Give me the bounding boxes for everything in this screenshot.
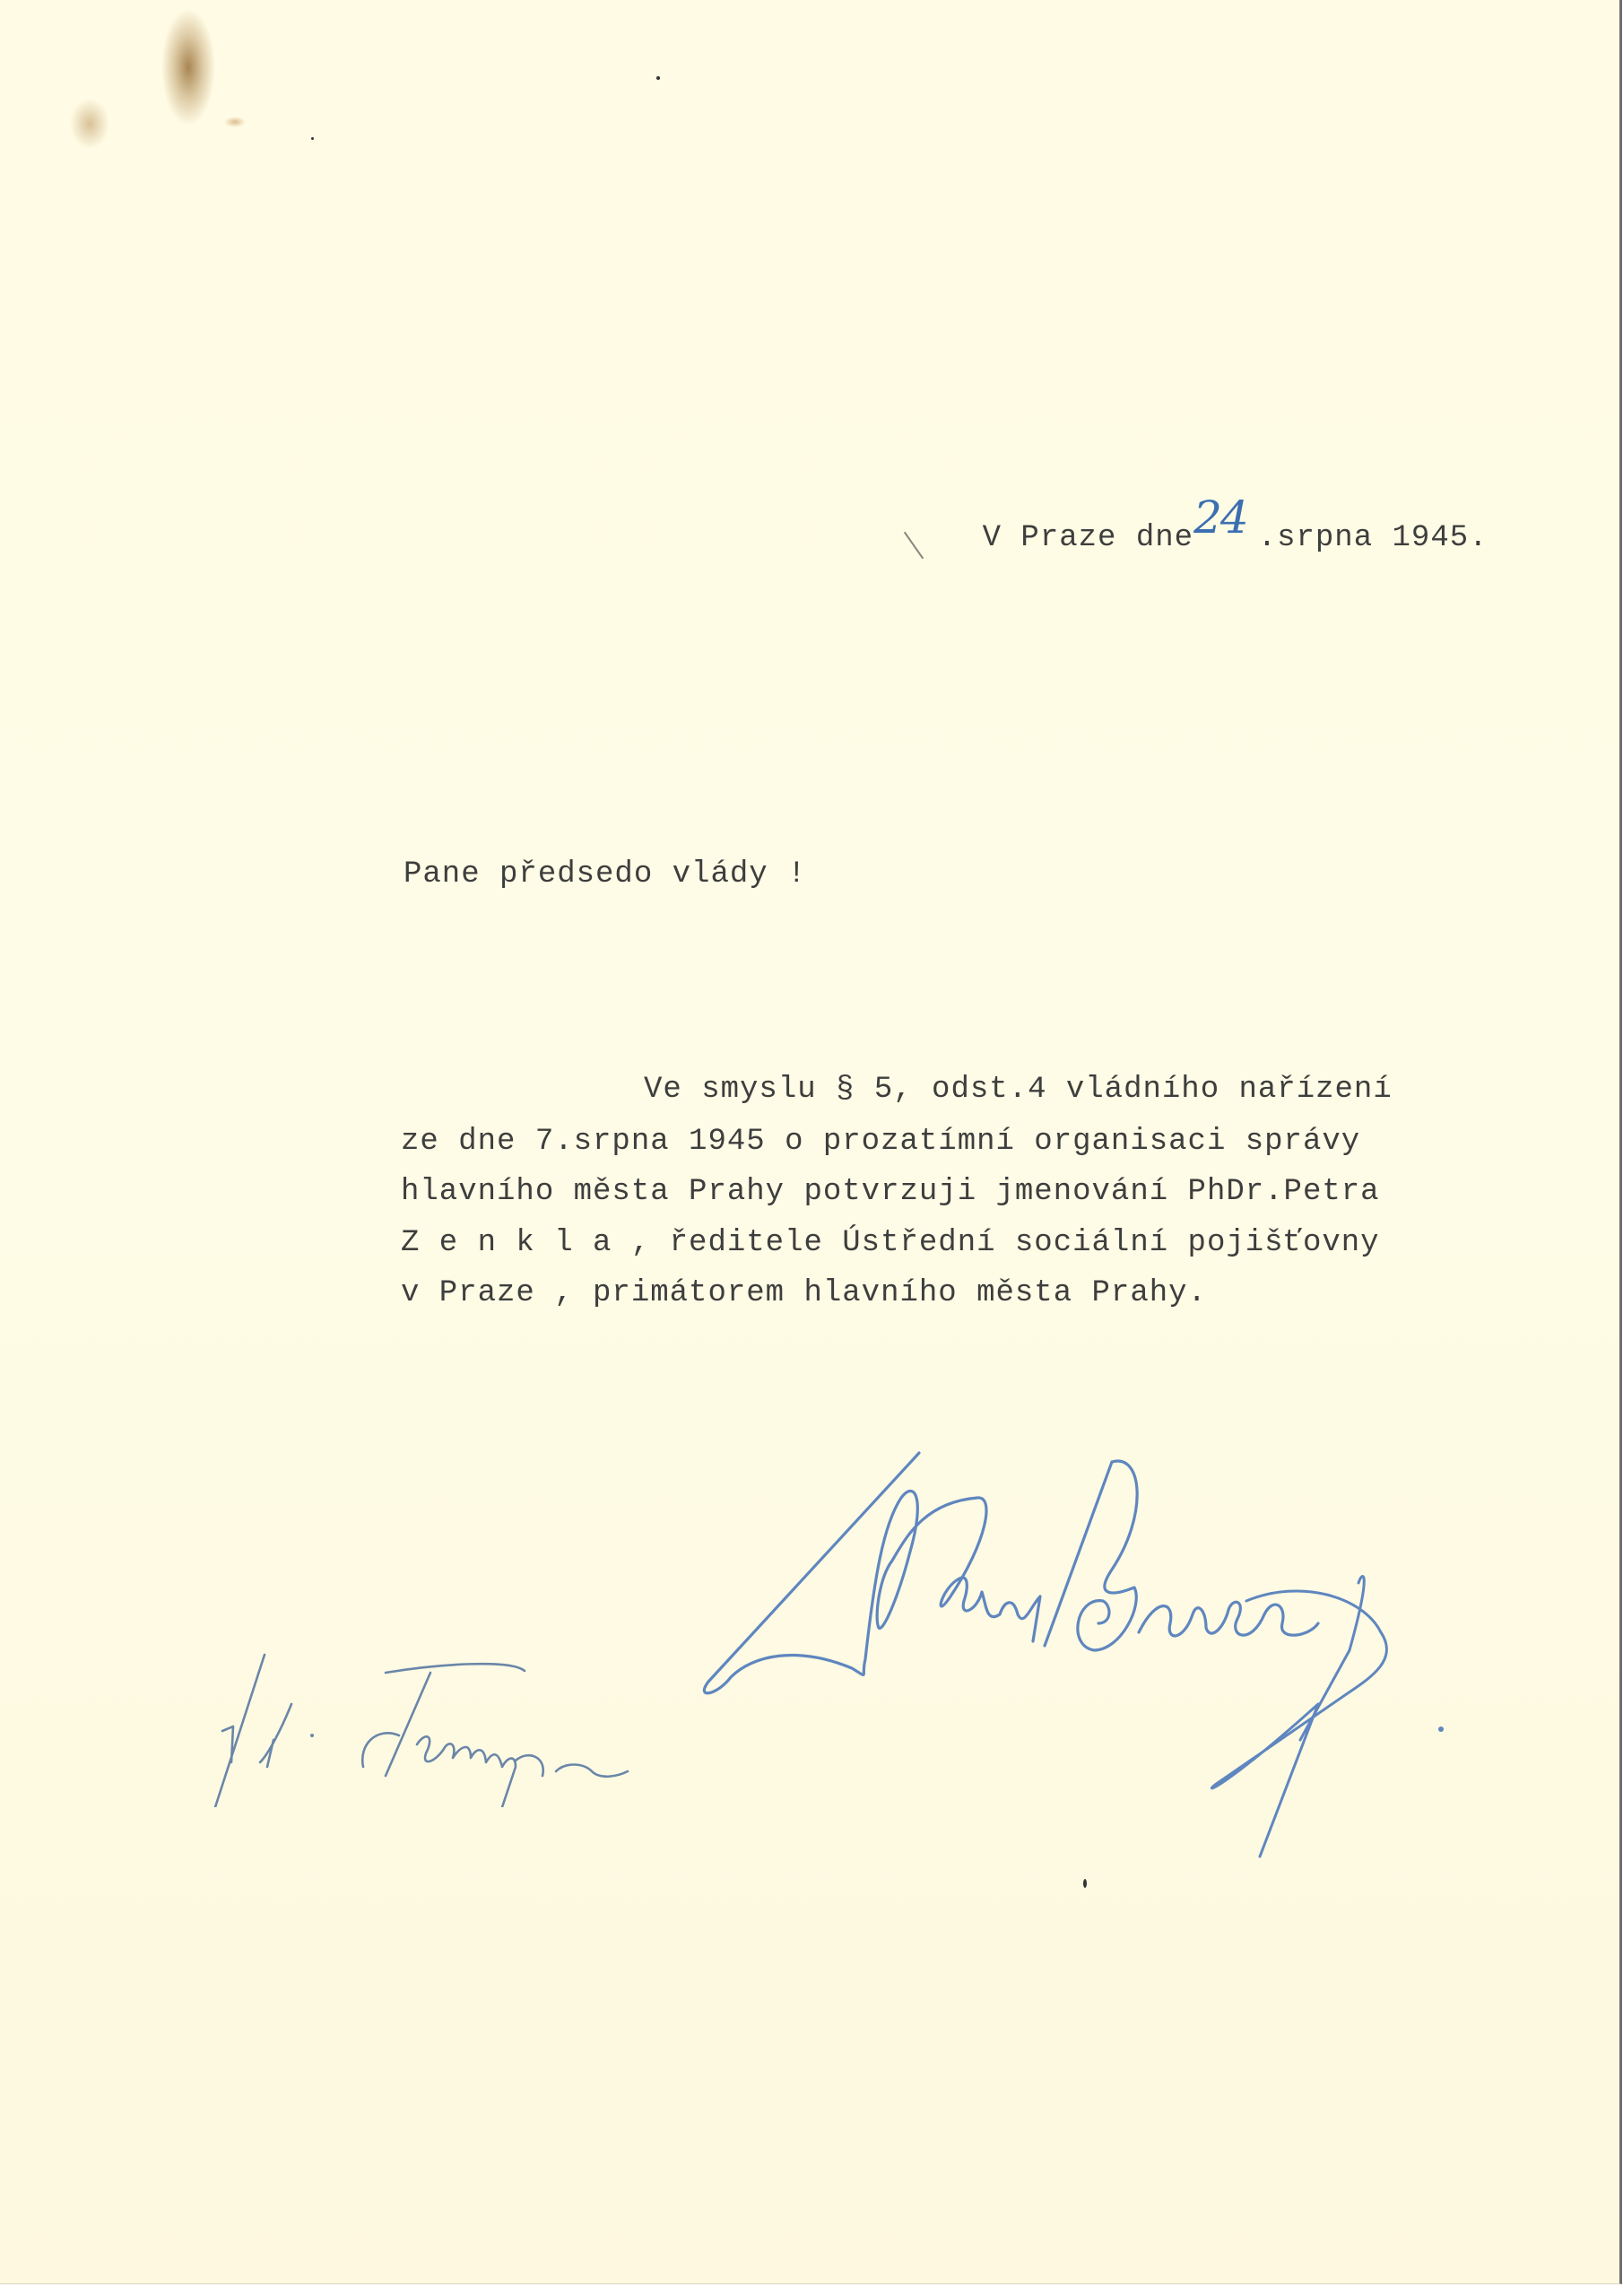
body-line: hlavního města Prahy potvrzuji jmenování… [401,1177,1380,1207]
document-page: V Praze dne24.srpna 1945. Pane předsedo … [0,0,1622,2284]
body-line: Z e n k l a , ředitele Ústřední sociální… [401,1228,1380,1258]
ink-speck [311,137,314,140]
dateline-suffix: .srpna 1945. [1258,521,1488,555]
ink-speck [656,76,660,80]
dateline: V Praze dne24.srpna 1945. [906,477,1488,584]
body-line: ze dne 7.srpna 1945 o prozatímní organis… [401,1126,1360,1157]
body-line: v Praze , primátorem hlavního města Prah… [401,1278,1207,1309]
signature-fierlinger [206,1646,673,1807]
dateline-prefix: V Praze dne [983,521,1193,555]
signature-benes [690,1444,1551,1874]
body-line: Ve smyslu § 5, odst.4 vládního nařízení [644,1074,1393,1105]
dateline-day-handwritten: 24 [1193,491,1247,544]
salutation: Pane předsedo vlády ! [404,859,806,890]
signature-fierlinger-icon [206,1646,673,1807]
ink-speck [1083,1879,1087,1888]
signature-benes-icon [690,1444,1551,1874]
